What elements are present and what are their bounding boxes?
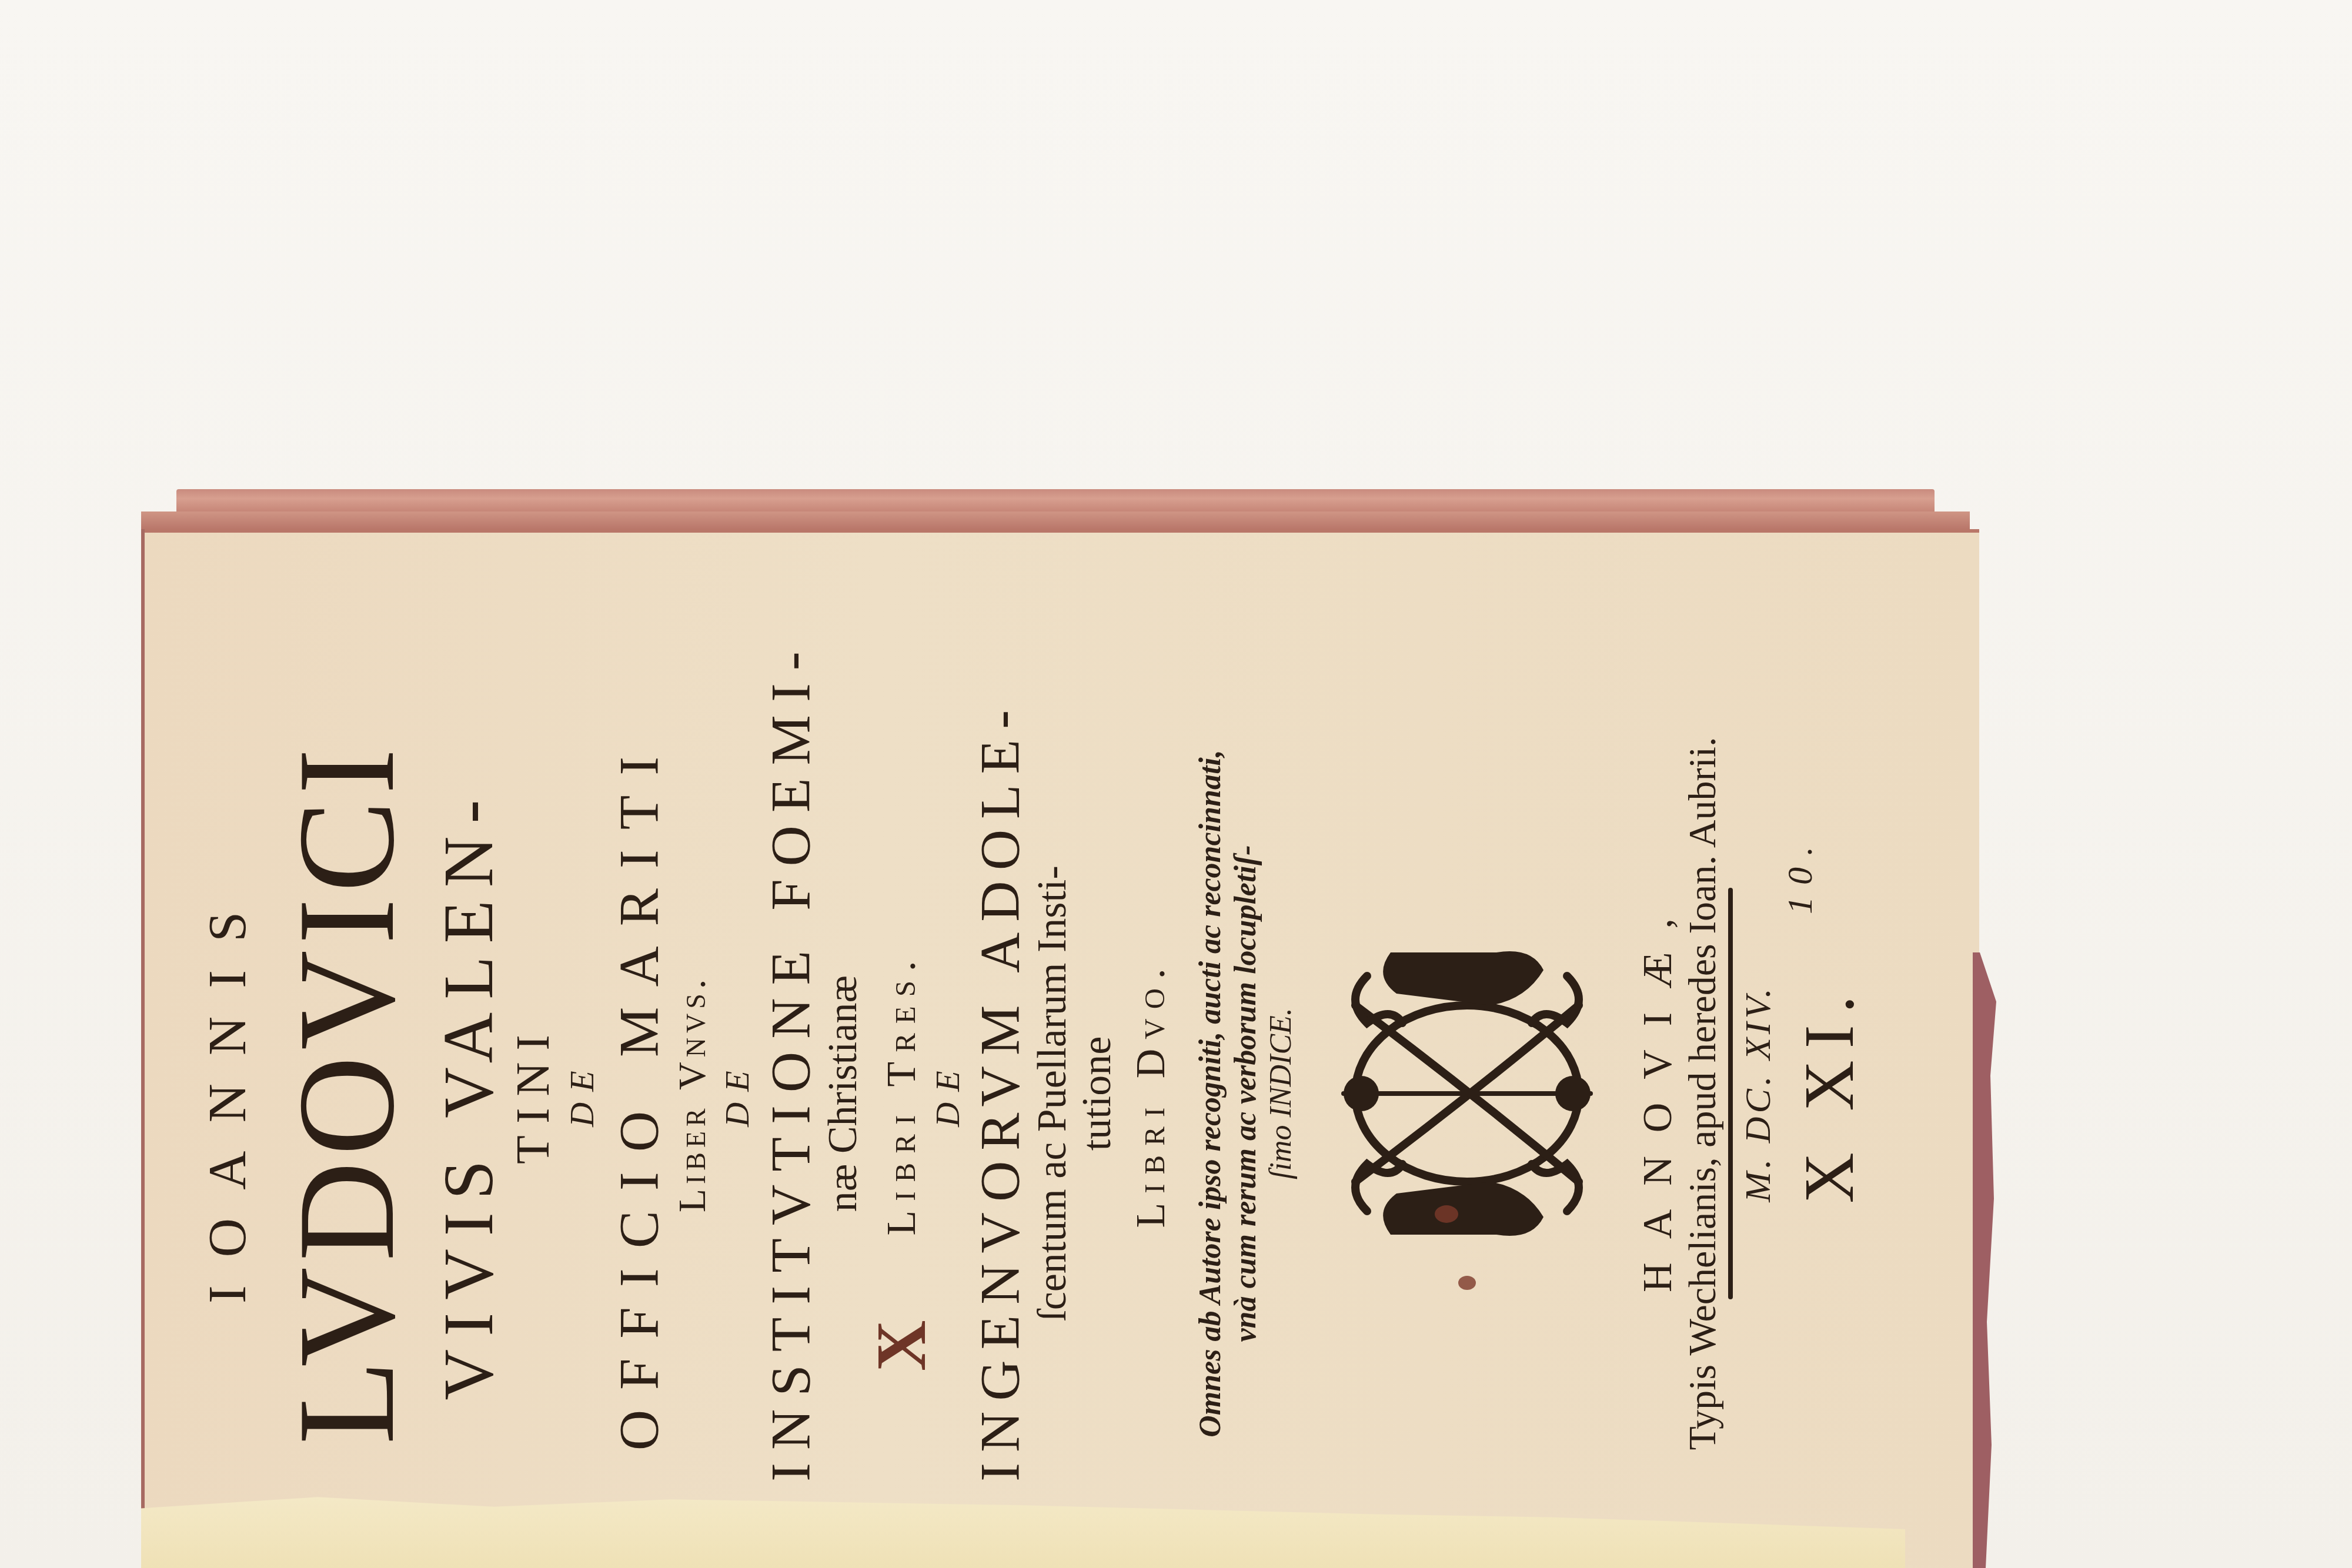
work3-title: INGENVORVM ADOLE-: [972, 706, 1028, 1482]
imprint-rule: [1728, 888, 1733, 1299]
shelfmark: X XI. 10.: [1794, 706, 1865, 1482]
author-surname-cont: TINI: [510, 706, 557, 1482]
book-page-edges-top: [176, 489, 1935, 513]
shelfmark-handwritten: 10.: [1782, 835, 1818, 914]
imprint-year: M. DC. XIV.: [1740, 706, 1776, 1482]
work2-title-cont: næ Christianæ: [823, 706, 864, 1482]
work3-title-cont2: tutione: [1077, 706, 1118, 1482]
edition-note-2: vnà cum rerum ac verborum locupletiſ-: [1231, 706, 1261, 1482]
work1-title: OFFICIO MARITI: [611, 706, 667, 1482]
author-name: LVDOVICI: [278, 706, 416, 1482]
work1-de: DE: [565, 706, 599, 1482]
work1-books: Liber Vnvs.: [673, 706, 712, 1482]
ink-stain: [1458, 1276, 1476, 1290]
printers-device-woodcut-icon: [1320, 941, 1614, 1246]
edition-note-1: Omnes ab Autore ipso recogniti, aucti ac…: [1195, 706, 1226, 1482]
shelfmark-number: X XI.: [1790, 984, 1868, 1203]
work3-books: Libri Dvo.: [1131, 706, 1172, 1482]
ink-stain: [1435, 1205, 1458, 1223]
imprint-place: HANOVIÆ,: [1638, 706, 1679, 1482]
imprint-printer: Typis Wechelianis, apud heredes Ioan. Au…: [1683, 706, 1722, 1482]
manuscript-x-glyph: X: [861, 1320, 942, 1372]
title-page-text: IOANNIS LVDOVICI VIVIS VALEN- TINI DE OF…: [194, 706, 1899, 1482]
author-surname: VIVIS VALEN-: [433, 706, 504, 1482]
author-forename: IOANNIS: [200, 706, 254, 1482]
book-page-edges: [141, 511, 1970, 529]
work2-de: DE: [720, 706, 754, 1482]
work3-title-cont: ſcentum ac Puellarum Insti-: [1032, 706, 1073, 1482]
work2-title: INSTITVTIONE FOEMI-: [763, 706, 819, 1482]
edition-note-3: ſimo INDICE.: [1266, 706, 1297, 1482]
